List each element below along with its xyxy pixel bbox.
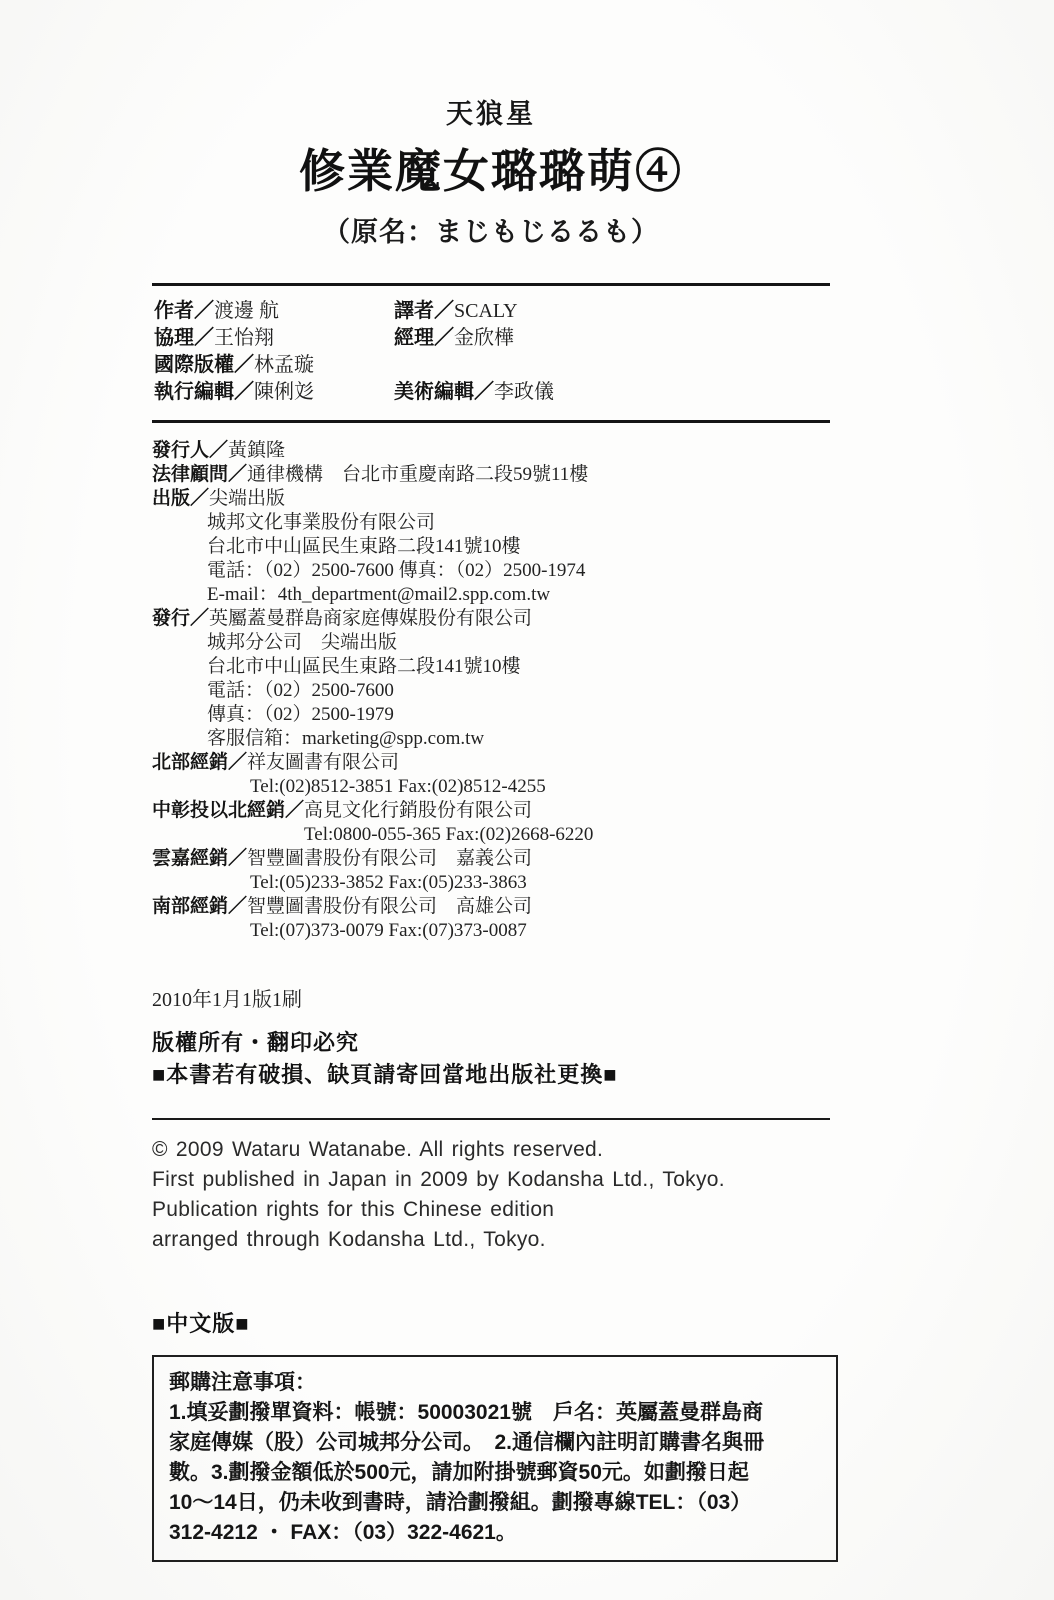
credit-label: 協理／: [154, 327, 214, 349]
page-content: 天狼星 修業魔女璐璐萌④ （原名：まじもじるるも） 作者／渡邊 航 譯者／SCA…: [152, 0, 830, 1562]
publication-line-yunjia-dist: 雲嘉經銷／智豐圖書股份有限公司 嘉義公司: [152, 847, 830, 871]
english-copyright-line: arranged through Kodansha Ltd., Tokyo.: [152, 1225, 830, 1255]
publication-line-distributor: 發行／英屬蓋曼群島商家庭傳媒股份有限公司: [152, 607, 830, 631]
credit-art-editor: 美術編輯／李政儀: [394, 379, 554, 406]
credit-translator: 譯者／SCALY: [394, 298, 518, 325]
mail-order-line: 1.填妥劃撥單資料：帳號：50003021號 戶名：英屬蓋曼群島商: [169, 1398, 821, 1428]
publication-line-south-dist: 南部經銷／智豐圖書股份有限公司 高雄公司: [152, 895, 830, 919]
credit-label: 執行編輯／: [154, 381, 254, 403]
publication-line-yunjia-tel: Tel:(05)233-3852 Fax:(05)233-3863: [152, 871, 830, 895]
chinese-edition-label: ■中文版■: [152, 1307, 830, 1338]
publication-line-central-dist: 中彰投以北經銷／高見文化行銷股份有限公司: [152, 799, 830, 823]
publication-line-north-dist: 北部經銷／祥友圖書有限公司: [152, 751, 830, 775]
rights-notice: 版權所有・翻印必究 ■本書若有破損、缺頁請寄回當地出版社更換■: [152, 1027, 830, 1091]
credit-label: 美術編輯／: [394, 381, 494, 403]
publication-line-phone2: 電話：（02）2500-7600: [152, 679, 830, 703]
publication-line-address2: 台北市中山區民生東路二段141號10樓: [152, 655, 830, 679]
credit-value: 陳俐彣: [254, 381, 314, 403]
publication-line-legal: 法律顧問／通律機構 台北市重慶南路二段59號11樓: [152, 463, 830, 487]
mail-order-box: 郵購注意事項： 1.填妥劃撥單資料：帳號：50003021號 戶名：英屬蓋曼群島…: [152, 1355, 838, 1562]
publication-line-south-tel: Tel:(07)373-0079 Fax:(07)373-0087: [152, 919, 830, 943]
english-copyright-line: First published in Japan in 2009 by Koda…: [152, 1165, 830, 1195]
mail-order-heading: 郵購注意事項：: [169, 1368, 821, 1398]
publication-line-address: 台北市中山區民生東路二段141號10樓: [152, 535, 830, 559]
publication-line-branch: 城邦分公司 尖端出版: [152, 631, 830, 655]
credit-label: 國際版權／: [154, 354, 254, 376]
credits-section: 作者／渡邊 航 譯者／SCALY 協理／王怡翔 經理／金欣樺 國際版權／林孟璇 …: [152, 283, 830, 423]
credit-value: 李政儀: [494, 381, 554, 403]
credit-assistant-director: 協理／王怡翔: [154, 325, 394, 352]
publication-line-phone-fax: 電話：（02）2500-7600 傳真：（02）2500-1974: [152, 559, 830, 583]
credit-executive-editor: 執行編輯／陳俐彣: [154, 379, 394, 406]
english-copyright-line: Publication rights for this Chinese edit…: [152, 1195, 830, 1225]
credit-label: 經理／: [394, 327, 454, 349]
english-copyright: © 2009 Wataru Watanabe. All rights reser…: [152, 1135, 830, 1255]
english-copyright-line: © 2009 Wataru Watanabe. All rights reser…: [152, 1135, 830, 1165]
series-note: 天狼星: [152, 92, 830, 131]
edition-line: 2010年1月1版1刷: [152, 983, 830, 1012]
credit-row: 作者／渡邊 航 譯者／SCALY: [154, 298, 828, 325]
divider-rule: [152, 1118, 830, 1120]
rights-line-2: ■本書若有破損、缺頁請寄回當地出版社更換■: [152, 1059, 830, 1091]
book-original-title: （原名：まじもじるるも）: [152, 210, 830, 249]
credit-value: 林孟璇: [254, 354, 314, 376]
credit-row: 執行編輯／陳俐彣 美術編輯／李政儀: [154, 379, 828, 406]
book-title: 修業魔女璐璐萌④: [152, 135, 830, 201]
publication-line-service-email: 客服信箱：marketing@spp.com.tw: [152, 727, 830, 751]
credit-label: 作者／: [154, 300, 214, 322]
mail-order-line: 家庭傳媒（股）公司城邦分公司。 2.通信欄內註明訂購書名與冊: [169, 1428, 821, 1458]
publication-line-company: 城邦文化事業股份有限公司: [152, 511, 830, 535]
credit-value: SCALY: [454, 300, 518, 322]
credit-author: 作者／渡邊 航: [154, 298, 394, 325]
colophon-page: 天狼星 修業魔女璐璐萌④ （原名：まじもじるるも） 作者／渡邊 航 譯者／SCA…: [0, 0, 1054, 1600]
rights-line-1: 版權所有・翻印必究: [152, 1027, 830, 1059]
publication-line-central-tel: Tel:0800-055-365 Fax:(02)2668-6220: [152, 823, 830, 847]
publication-line-email: E-mail：4th_department@mail2.spp.com.tw: [152, 583, 830, 607]
mail-order-line: 312-4212 ・ FAX：（03）322-4621。: [169, 1518, 821, 1548]
credit-value: 金欣樺: [454, 327, 514, 349]
publication-line-publishing: 出版／尖端出版: [152, 487, 830, 511]
publication-line-north-tel: Tel:(02)8512-3851 Fax:(02)8512-4255: [152, 775, 830, 799]
credit-value: 渡邊 航: [214, 300, 279, 322]
credit-manager: 經理／金欣樺: [394, 325, 514, 352]
publication-section: 發行人／黃鎮隆 法律顧問／通律機構 台北市重慶南路二段59號11樓 出版／尖端出…: [152, 439, 830, 943]
mail-order-line: 10～14日，仍未收到書時，請洽劃撥組。劃撥專線TEL：（03）: [169, 1488, 821, 1518]
book-title-block: 天狼星 修業魔女璐璐萌④ （原名：まじもじるるも）: [152, 92, 830, 249]
mail-order-line: 數。3.劃撥金額低於500元，請加附掛號郵資50元。如劃撥日起: [169, 1458, 821, 1488]
credit-row: 協理／王怡翔 經理／金欣樺: [154, 325, 828, 352]
credit-row: 國際版權／林孟璇: [154, 352, 828, 379]
credit-international-rights: 國際版權／林孟璇: [154, 352, 394, 379]
credit-value: 王怡翔: [214, 327, 274, 349]
publication-line-publisher: 發行人／黃鎮隆: [152, 439, 830, 463]
publication-line-fax2: 傳真：（02）2500-1979: [152, 703, 830, 727]
credit-label: 譯者／: [394, 300, 454, 322]
